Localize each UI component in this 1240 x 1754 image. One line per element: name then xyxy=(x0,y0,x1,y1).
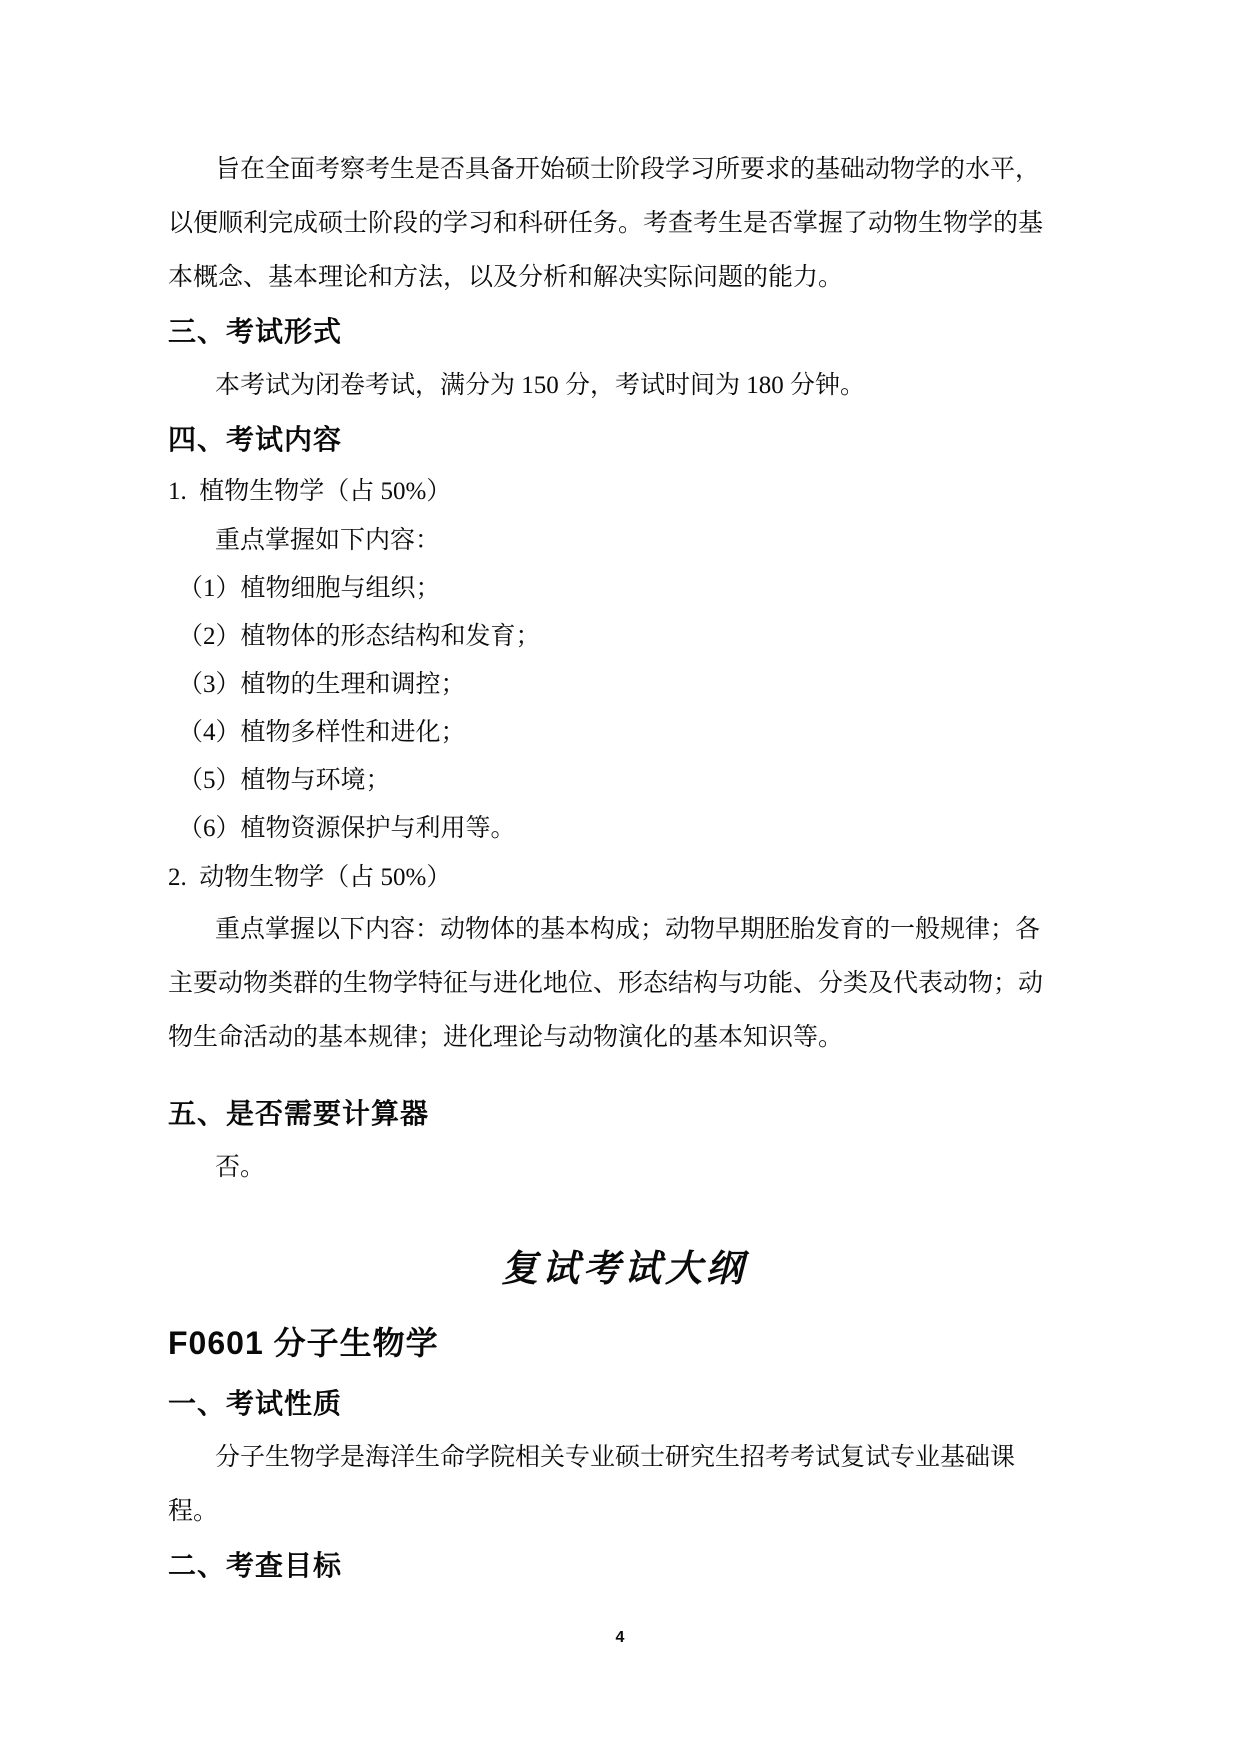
text-line: 本概念、基本理论和方法，以及分析和解决实际问题的能力。 xyxy=(168,251,1080,305)
heading-exam-format: 三、考试形式 xyxy=(168,305,1080,359)
botany-point: （6）植物资源保护与利用等。 xyxy=(168,805,1080,853)
document-content: 旨在全面考察考生是否具备开始硕士阶段学习所要求的基础动物学的水平， 以便顺利完成… xyxy=(168,143,1080,1593)
zoology-paragraph: 重点掌握以下内容：动物体的基本构成；动物早期胚胎发育的一般规律；各 主要动物类群… xyxy=(168,903,1080,1065)
botany-point: （2）植物体的形态结构和发育； xyxy=(168,613,1080,661)
heading-calculator: 五、是否需要计算器 xyxy=(168,1087,1080,1141)
botany-item-title: 1. 植物生物学（占 50%） xyxy=(168,467,1080,517)
text-line: 以便顺利完成硕士阶段的学习和科研任务。考查考生是否掌握了动物生物学的基 xyxy=(168,197,1080,251)
page-number: 4 xyxy=(0,1626,1240,1650)
retest-outline-title: 复试考试大纲 xyxy=(168,1239,1080,1301)
botany-point: （3）植物的生理和调控； xyxy=(168,661,1080,709)
text-line: 主要动物类群的生物学特征与进化地位、形态结构与功能、分类及代表动物；动 xyxy=(168,957,1080,1011)
text-line: 物生命活动的基本规律；进化理论与动物演化的基本知识等。 xyxy=(168,1011,1080,1065)
text-line: 分子生物学是海洋生命学院相关专业硕士研究生招考考试复试专业基础课 xyxy=(168,1431,1080,1485)
course-code-heading: F0601 分子生物学 xyxy=(168,1315,1080,1371)
botany-point: （5）植物与环境； xyxy=(168,757,1080,805)
zoology-item-title: 2. 动物生物学（占 50%） xyxy=(168,853,1080,903)
calculator-answer: 否。 xyxy=(168,1141,1080,1195)
botany-lead: 重点掌握如下内容： xyxy=(168,517,1080,565)
botany-point: （1）植物细胞与组织； xyxy=(168,565,1080,613)
exam-nature-paragraph: 分子生物学是海洋生命学院相关专业硕士研究生招考考试复试专业基础课 程。 xyxy=(168,1431,1080,1539)
intro-paragraph: 旨在全面考察考生是否具备开始硕士阶段学习所要求的基础动物学的水平， 以便顺利完成… xyxy=(168,143,1080,305)
document-page: 旨在全面考察考生是否具备开始硕士阶段学习所要求的基础动物学的水平， 以便顺利完成… xyxy=(0,0,1240,1754)
botany-point: （4）植物多样性和进化； xyxy=(168,709,1080,757)
exam-format-text: 本考试为闭卷考试，满分为 150 分，考试时间为 180 分钟。 xyxy=(168,359,1080,413)
text-line: 重点掌握以下内容：动物体的基本构成；动物早期胚胎发育的一般规律；各 xyxy=(168,903,1080,957)
heading-exam-content: 四、考试内容 xyxy=(168,413,1080,467)
text-line: 程。 xyxy=(168,1485,1080,1539)
heading-exam-nature: 一、考试性质 xyxy=(168,1377,1080,1431)
text-line: 旨在全面考察考生是否具备开始硕士阶段学习所要求的基础动物学的水平， xyxy=(168,143,1080,197)
heading-exam-objective: 二、考查目标 xyxy=(168,1539,1080,1593)
